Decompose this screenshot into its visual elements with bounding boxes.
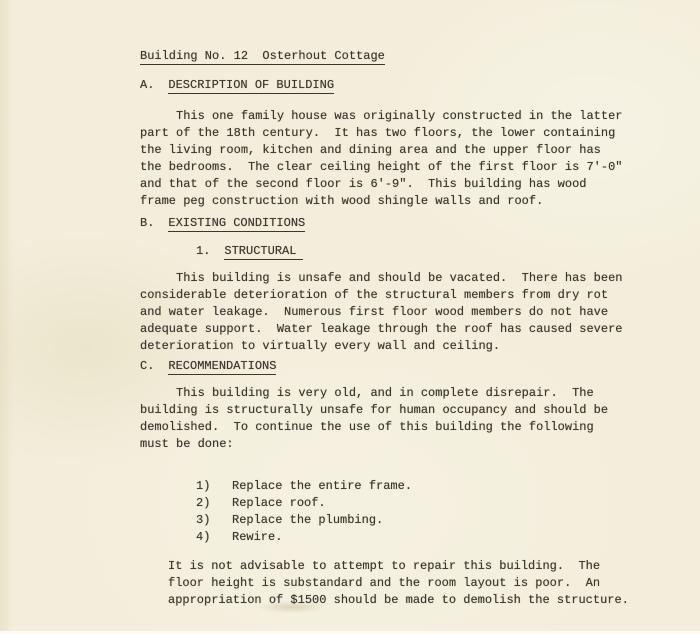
list-item: 4) Rewire. bbox=[196, 529, 680, 546]
subsection-1-heading: 1.STRUCTURAL bbox=[196, 243, 680, 260]
section-c-title: RECOMMENDATIONS bbox=[168, 359, 276, 375]
list-item: 1) Replace the entire frame. bbox=[196, 478, 680, 495]
section-a-label: A. bbox=[140, 77, 154, 94]
recommendation-list: 1) Replace the entire frame. 2) Replace … bbox=[196, 478, 680, 546]
section-a-paragraph: This one family house was originally con… bbox=[140, 108, 680, 210]
list-item: 2) Replace roof. bbox=[196, 495, 680, 512]
section-c-paragraph: This building is very old, and in comple… bbox=[140, 385, 680, 453]
section-c-label: C. bbox=[140, 358, 154, 375]
page-title-row: Building No. 12 Osterhout Cottage bbox=[140, 48, 680, 65]
section-b-title: EXISTING CONDITIONS bbox=[168, 216, 305, 232]
section-a-heading: A.DESCRIPTION OF BUILDING bbox=[140, 77, 680, 94]
typewritten-report: Building No. 12 Osterhout Cottage A.DESC… bbox=[140, 48, 680, 609]
subsection-1-title: STRUCTURAL bbox=[224, 244, 303, 260]
subsection-1-label: 1. bbox=[196, 243, 210, 260]
closing-paragraph: It is not advisable to attempt to repair… bbox=[168, 558, 680, 609]
document-page: Building No. 12 Osterhout Cottage A.DESC… bbox=[0, 0, 700, 634]
section-b-heading: B.EXISTING CONDITIONS bbox=[140, 215, 680, 232]
section-a-title: DESCRIPTION OF BUILDING bbox=[168, 78, 334, 94]
list-item: 3) Replace the plumbing. bbox=[196, 512, 680, 529]
subsection-1-paragraph: This building is unsafe and should be va… bbox=[140, 270, 680, 355]
page-title: Building No. 12 Osterhout Cottage bbox=[140, 49, 385, 65]
section-b-label: B. bbox=[140, 215, 154, 232]
section-c-heading: C.RECOMMENDATIONS bbox=[140, 358, 680, 375]
